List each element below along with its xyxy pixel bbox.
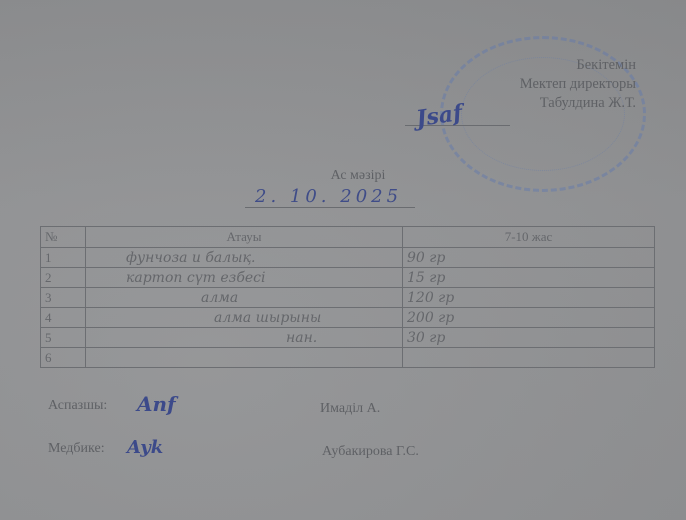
- cook-signature: Anf: [137, 392, 176, 416]
- row-number: 6: [41, 348, 86, 368]
- table-row: 2 картоп сүт езбесі 15 гр: [41, 268, 655, 288]
- approval-heading: Бекітемін: [520, 56, 636, 75]
- table-row: 1 фунчоза и балық. 90 гр: [41, 248, 655, 268]
- menu-table: № Атауы 7-10 жас 1 фунчоза и балық. 90 г…: [40, 226, 655, 368]
- approval-position: Мектеп директоры: [520, 75, 636, 94]
- nurse-signature: Ayk: [127, 437, 163, 458]
- cook-name: Имаділ А.: [320, 401, 380, 417]
- header-number: №: [41, 227, 86, 248]
- dish-amount: 120 гр: [403, 288, 655, 308]
- approval-director-name: Табулдина Ж.Т.: [520, 94, 636, 113]
- menu-date: 2. 10. 2025: [255, 186, 402, 207]
- row-number: 2: [41, 268, 86, 288]
- row-number: 5: [41, 328, 86, 348]
- dish-name: фунчоза и балық.: [86, 248, 403, 268]
- header-name: Атауы: [86, 227, 403, 248]
- dish-amount: 200 гр: [403, 308, 655, 328]
- dish-name: нан.: [86, 328, 403, 348]
- dish-name: алма: [86, 288, 403, 308]
- row-number: 1: [41, 248, 86, 268]
- nurse-label: Медбике:: [48, 441, 105, 457]
- approval-block: Бекітемін Мектеп директоры Табулдина Ж.Т…: [520, 56, 636, 113]
- menu-title-text: Ас мәзірі: [331, 168, 386, 183]
- row-number: 3: [41, 288, 86, 308]
- header-age-group: 7-10 жас: [403, 227, 655, 248]
- cook-label: Аспазшы:: [48, 398, 107, 414]
- dish-name: картоп сүт езбесі: [86, 268, 403, 288]
- table-row: 4 алма шырыны 200 гр: [41, 308, 655, 328]
- table-row: 5 нан. 30 гр: [41, 328, 655, 348]
- date-underline: [245, 207, 415, 208]
- dish-amount: 15 гр: [403, 268, 655, 288]
- dish-name: [86, 348, 403, 368]
- row-number: 4: [41, 308, 86, 328]
- menu-title: Ас мәзірі: [0, 168, 686, 184]
- dish-amount: 30 гр: [403, 328, 655, 348]
- dish-amount: 90 гр: [403, 248, 655, 268]
- table-row: 6: [41, 348, 655, 368]
- table-header-row: № Атауы 7-10 жас: [41, 227, 655, 248]
- dish-amount: [403, 348, 655, 368]
- table-row: 3 алма 120 гр: [41, 288, 655, 308]
- dish-name: алма шырыны: [86, 308, 403, 328]
- nurse-name: Аубакирова Г.С.: [322, 444, 419, 460]
